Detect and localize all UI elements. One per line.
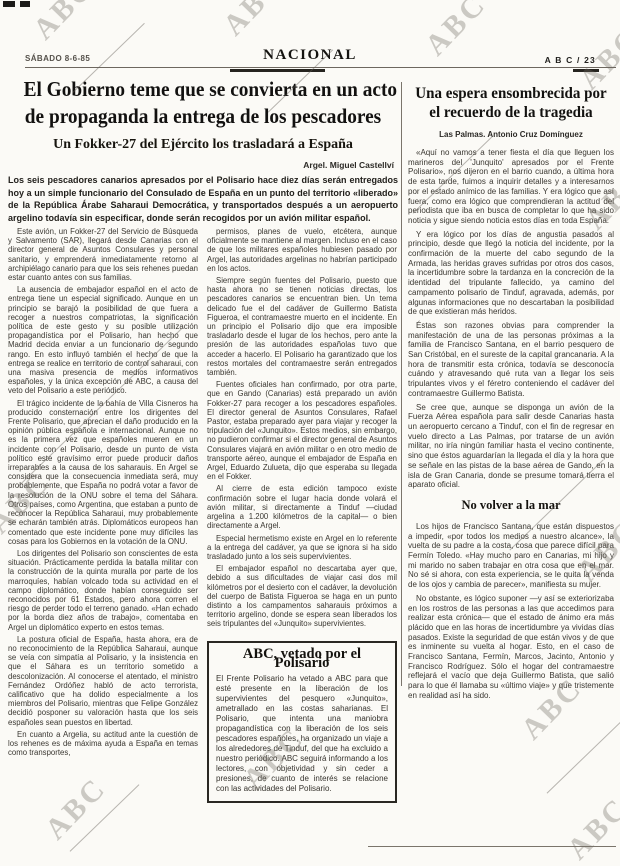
- main-subheadline: Un Fokker-27 del Ejército los trasladará…: [8, 137, 398, 153]
- side-title-line: el recuerdo de la tragedia: [411, 103, 611, 122]
- abc-veto-box: ABC, vetado por el Polisario El Frente P…: [207, 641, 397, 803]
- box-title: ABC, vetado por el Polisario: [216, 650, 388, 668]
- side-article-subhead: No volver a la mar: [408, 498, 614, 513]
- header-rule-accent: [573, 69, 599, 72]
- paragraph: El embajador español no descartaba ayer …: [207, 564, 397, 628]
- main-article: El Gobierno teme que se convierta en un …: [8, 76, 398, 224]
- abc-watermark: ABC: [561, 791, 620, 866]
- page-number: A B C / 23: [545, 55, 596, 65]
- newspaper-page: SÁBADO 8-6-85 NACIONAL A B C / 23 El Gob…: [0, 0, 620, 866]
- lead-paragraph: Los seis pescadores canarios apresados p…: [8, 174, 398, 224]
- paragraph: Fuentes oficiales han confirmado, por ot…: [207, 380, 397, 481]
- paragraph: permisos, planes de vuelo, etcétera, aun…: [207, 227, 397, 273]
- registration-mark: [3, 1, 15, 7]
- header-rule-accent: [230, 69, 325, 72]
- paragraph: Y era lógico por los días de angustia pa…: [408, 230, 614, 317]
- side-article-title: Una espera ensombrecida por el recuerdo …: [408, 84, 614, 122]
- bottom-rule: [368, 846, 616, 847]
- watermark-slash: [547, 716, 620, 793]
- paragraph: Este avión, un Fokker-27 del Servicio de…: [8, 227, 198, 282]
- side-article-continuation: Los hijos de Francisco Santana, que está…: [408, 522, 614, 701]
- registration-mark: [20, 1, 30, 7]
- paragraph: Los hijos de Francisco Santana, que está…: [408, 522, 614, 590]
- abc-watermark: ABC: [39, 771, 114, 847]
- section-title: NACIONAL: [0, 47, 620, 64]
- side-article-byline: Las Palmas. Antonio Cruz Domínguez: [408, 130, 614, 139]
- paragraph: No obstante, es lógico suponer —y así se…: [408, 594, 614, 701]
- box-body: El Frente Polisario ha vetado a ABC para…: [216, 674, 388, 794]
- paragraph: Los dirigentes del Polisario son conscie…: [8, 549, 198, 632]
- paragraph: El trágico incidente de la bahía de Vill…: [8, 399, 198, 546]
- paragraph: Al cierre de esta edición tampoco existe…: [207, 484, 397, 530]
- main-byline: Argel. Miguel Castellví: [8, 160, 394, 170]
- side-article: Una espera ensombrecida por el recuerdo …: [408, 84, 614, 705]
- side-article-intro: «Aquí no vamos a tener fiesta el día que…: [408, 148, 614, 490]
- main-article-column-2-text: permisos, planes de vuelo, etcétera, aun…: [207, 227, 397, 629]
- watermark-slash: [70, 784, 140, 851]
- main-headline: El Gobierno teme que se convierta en un …: [8, 76, 398, 130]
- paragraph: La postura oficial de España, hasta ahor…: [8, 635, 198, 727]
- paragraph: «Aquí no vamos a tener fiesta el día que…: [408, 148, 614, 226]
- paragraph: Siempre según fuentes del Polisario, pue…: [207, 276, 397, 377]
- main-article-column-2: permisos, planes de vuelo, etcétera, aun…: [207, 227, 397, 861]
- header-rule: [25, 67, 616, 68]
- abc-watermark: ABC: [27, 0, 102, 47]
- paragraph: La ausencia de embajador español en el a…: [8, 285, 198, 395]
- column-divider: [401, 82, 402, 686]
- paragraph: Se cree que, aunque se disponga un avión…: [408, 403, 614, 490]
- side-title-line: Una espera ensombrecida por: [411, 84, 611, 103]
- headline-line: El Gobierno teme que se convierta en un …: [24, 76, 383, 103]
- headline-line: de propaganda la entrega de los pescador…: [24, 103, 383, 130]
- abc-watermark: ABC: [217, 0, 292, 43]
- paragraph: Especial hermetismo existe en Argel en l…: [207, 534, 397, 562]
- main-article-column-1: Este avión, un Fokker-27 del Servicio de…: [8, 227, 198, 777]
- paragraph: Éstas son razones obvias para comprender…: [408, 321, 614, 399]
- paragraph: En cuanto a Argelia, su actitud ante la …: [8, 730, 198, 758]
